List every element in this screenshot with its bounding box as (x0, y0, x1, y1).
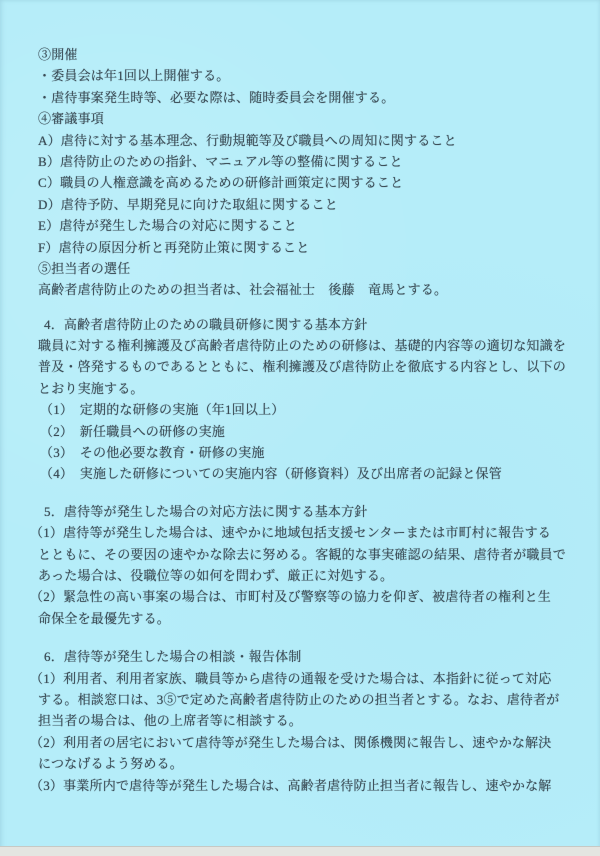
text-line: （1） 定期的な研修の実施（年1回以上） (40, 399, 600, 420)
text-line: E）虐待が発生した場合の対応に関すること (38, 215, 600, 236)
text-line: 5．虐待等が発生した場合の対応方法に関する基本方針 (44, 501, 600, 522)
text-line: A）虐待に対する基本理念、行動規範等及び職員への周知に関すること (38, 130, 600, 151)
text-line: あった場合は、役職位等の如何を問わず、厳正に対処する。 (38, 565, 600, 586)
text-line: ③開催 (38, 44, 600, 65)
text-line: 職員に対する権利擁護及び高齢者虐待防止のための研修は、基礎的内容等の適切な知識を (38, 335, 600, 356)
text-line: （3） その他必要な教育・研修の実施 (40, 442, 600, 463)
text-line: ・委員会は年1回以上開催する。 (38, 65, 600, 86)
text-line: 命保全を最優先する。 (38, 608, 600, 629)
text-line: （2）利用者の居宅において虐待等が発生した場合は、関係機関に報告し、速やかな解決 (30, 732, 600, 753)
text-line: とともに、その要因の速やかな除去に努める。客観的な事実確認の結果、虐待者が職員で (38, 544, 600, 565)
text-line: 普及・啓発するものであるとともに、権利擁護及び虐待防止を徹底する内容とし、以下の (38, 356, 600, 377)
text-line: D）虐待予防、早期発見に向けた取組に関すること (38, 194, 600, 215)
text-line: 担当者の場合は、他の上席者等に相談する。 (38, 710, 600, 731)
text-line: B）虐待防止のための指針、マニュアル等の整備に関すること (38, 151, 600, 172)
text-line: 高齢者虐待防止のための担当者は、社会福祉士 後藤 竜馬とする。 (38, 279, 600, 300)
section-gap (0, 485, 600, 501)
text-line: C）職員の人権意識を高めるための研修計画策定に関すること (38, 172, 600, 193)
text-line: とおり実施する。 (38, 378, 600, 399)
text-line: F）虐待の原因分析と再発防止策に関すること (38, 237, 600, 258)
section-gap (0, 629, 600, 646)
text-line: （1）利用者、利用者家族、職員等から虐待の通報を受けた場合は、本指針に従って対応 (30, 668, 600, 689)
text-line: （2）緊急性の高い事案の場合は、市町村及び警察等の協力を仰ぎ、被虐待者の権利と生 (30, 586, 600, 607)
text-line: につなげるよう努める。 (38, 753, 600, 774)
section-gap (0, 301, 600, 314)
text-line: （4） 実施した研修についての実施内容（研修資料）及び出席者の記録と保管 (40, 463, 600, 484)
text-line: （2） 新任職員への研修の実施 (40, 421, 600, 442)
text-line: 6．虐待等が発生した場合の相談・報告体制 (44, 646, 600, 667)
text-line: する。相談窓口は、3⑤で定めた高齢者虐待防止のための担当者とする。なお、虐待者が (38, 689, 600, 710)
text-line: ・虐待事案発生時等、必要な際は、随時委員会を開催する。 (38, 87, 600, 108)
text-line: （3）事業所内で虐待等が発生した場合は、高齢者虐待防止担当者に報告し、速やかな解 (30, 775, 600, 796)
text-line: ④審議事項 (38, 108, 600, 129)
scanned-document-page: ③開催・委員会は年1回以上開催する。・虐待事案発生時等、必要な際は、随時委員会を… (0, 0, 600, 856)
text-line: ⑤担当者の選任 (38, 258, 600, 279)
scanner-edge-strip (0, 846, 600, 856)
text-line: （1）虐待等が発生した場合は、速やかに地域包括支援センターまたは市町村に報告する (30, 522, 600, 543)
text-line: 4．高齢者虐待防止のための職員研修に関する基本方針 (44, 314, 600, 335)
document-content: ③開催・委員会は年1回以上開催する。・虐待事案発生時等、必要な際は、随時委員会を… (0, 44, 600, 796)
